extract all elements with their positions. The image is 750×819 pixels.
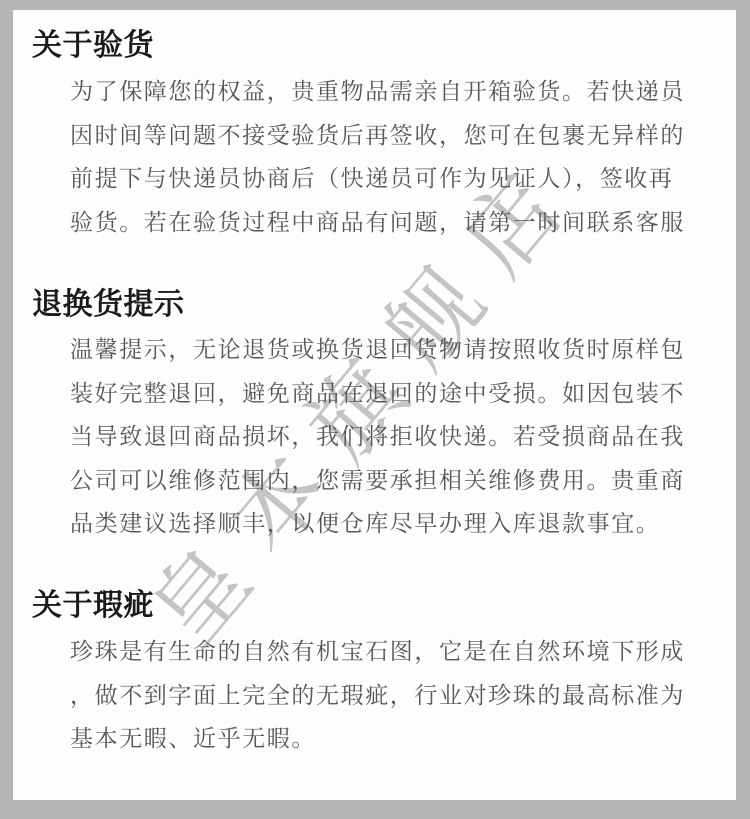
- section-body-inspection: 为了保障您的权益，贵重物品需亲自开箱验货。若快递员 因时间等问题不接受验货后再签…: [70, 70, 730, 244]
- section-body-flaws: 珍珠是有生命的自然有机宝石图，它是在自然环境下形成 ，做不到字面上完全的无瑕疵，…: [70, 630, 730, 761]
- notice-card: 皇本旗舰店 关于验货 为了保障您的权益，贵重物品需亲自开箱验货。若快递员 因时间…: [13, 10, 736, 800]
- section-heading-inspection: 关于验货: [32, 28, 154, 64]
- section-body-returns: 温馨提示，无论退货或换货退回货物请按照收货时原样包 装好完整退回，避免商品在退回…: [70, 328, 730, 546]
- product-notice-page: { "colors": { "frame": "#b4b4b4", "card"…: [0, 0, 750, 819]
- section-heading-flaws: 关于瑕疵: [32, 588, 154, 624]
- section-heading-returns: 退换货提示: [32, 287, 185, 323]
